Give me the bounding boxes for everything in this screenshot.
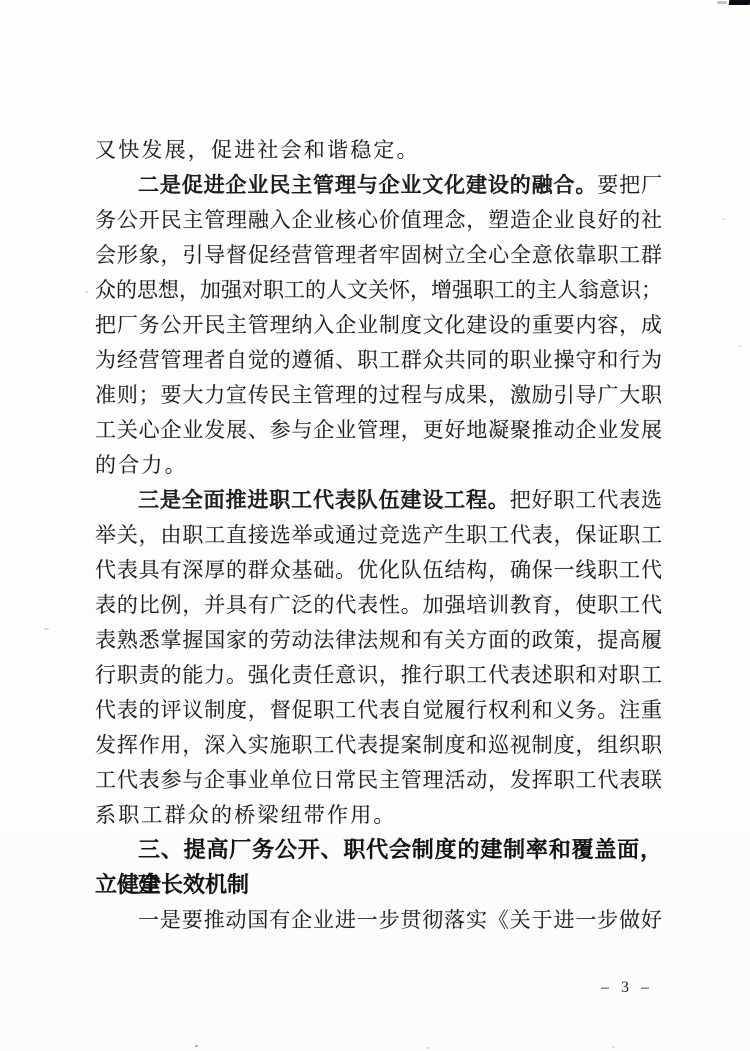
text-line: 的合力。	[95, 448, 662, 483]
text-line: 准则；要大力宣传民主管理的过程与成果，激励引导广大职	[95, 378, 662, 413]
scan-speck	[44, 628, 49, 630]
section-heading-line: 立健全长效机制	[95, 868, 662, 903]
line-text: 表熟悉掌握国家的劳动法律法规和有关方面的政策，提高履	[95, 628, 662, 652]
line-text: 会形象，引导督促经营管理者牢固树立全心全意依靠职工群	[95, 243, 662, 267]
text-line: 为经营管理者自觉的遵循、职工群众共同的职业操守和行为	[95, 343, 662, 378]
text-line: 会形象，引导督促经营管理者牢固树立全心全意依靠职工群	[95, 238, 662, 273]
scan-speck	[612, 1046, 615, 1048]
text-line: 工代表参与企事业单位日常民主管理活动，发挥职工代表联	[95, 763, 662, 798]
text-line: 把厂务公开民主管理纳入企业制度文化建设的重要内容，成	[95, 308, 662, 343]
scan-corner-smudge	[717, 1, 727, 4]
line-text: 工代表参与企事业单位日常民主管理活动，发挥职工代表联	[95, 768, 662, 792]
scan-speck	[85, 291, 88, 293]
section-heading-line: 三、提高厂务公开、职代会制度的建制率和覆盖面，建	[95, 833, 662, 868]
text-line: 众的思想，加强对职工的人文关怀，增强职工的主人翁意识；	[95, 273, 662, 308]
scan-speck	[96, 254, 99, 256]
document-body: 又快发展，促进社会和谐稳定。 二是促进企业民主管理与企业文化建设的融合。要把厂 …	[95, 133, 662, 938]
line-text: 把好职工代表选	[510, 488, 662, 512]
text-line: 发挥作用，深入实施职工代表提案制度和巡视制度，组织职	[95, 728, 662, 763]
line-text: 举关，由职工直接选举或通过竞选产生职工代表，保证职工	[95, 523, 662, 547]
line-text: 发挥作用，深入实施职工代表提案制度和巡视制度，组织职	[95, 733, 662, 757]
line-text: 工关心企业发展、参与企业管理，更好地凝聚推动企业发展	[95, 418, 662, 442]
line-text: 代表的评议制度，督促职工代表自觉履行权利和义务。注重	[95, 698, 662, 722]
scan-speck	[195, 1045, 198, 1047]
line-text: 立健全长效机制	[95, 873, 249, 898]
line-text: 一是要推动国有企业进一步贯彻落实《关于进一步做好	[138, 908, 662, 932]
page-number: – 3 –	[601, 979, 653, 997]
text-line: 又快发展，促进社会和谐稳定。	[95, 133, 662, 168]
document-page: 又快发展，促进社会和谐稳定。 二是促进企业民主管理与企业文化建设的融合。要把厂 …	[0, 0, 750, 1051]
text-line: 代表的评议制度，督促职工代表自觉履行权利和义务。注重	[95, 693, 662, 728]
text-line: 三是全面推进职工代表队伍建设工程。把好职工代表选	[95, 483, 662, 518]
scan-speck	[739, 345, 742, 347]
line-text: 系职工群众的桥梁纽带作用。	[95, 803, 397, 827]
text-line: 举关，由职工直接选举或通过竞选产生职工代表，保证职工	[95, 518, 662, 553]
text-line: 一是要推动国有企业进一步贯彻落实《关于进一步做好	[95, 903, 662, 938]
line-text: 把厂务公开民主管理纳入企业制度文化建设的重要内容，成	[95, 313, 662, 337]
text-line: 行职责的能力。强化责任意识，推行职工代表述职和对职工	[95, 658, 662, 693]
text-line: 代表具有深厚的群众基础。优化队伍结构，确保一线职工代	[95, 553, 662, 588]
line-text: 行职责的能力。强化责任意识，推行职工代表述职和对职工	[95, 663, 662, 687]
line-text: 表的比例，并具有广泛的代表性。加强培训教育，使职工代	[95, 593, 662, 617]
line-text: 的合力。	[95, 453, 188, 477]
line-text: 又快发展，促进社会和谐稳定。	[95, 138, 420, 162]
text-line: 表熟悉掌握国家的劳动法律法规和有关方面的政策，提高履	[95, 623, 662, 658]
line-text: 准则；要大力宣传民主管理的过程与成果，激励引导广大职	[95, 383, 662, 407]
line-text: 众的思想，加强对职工的人文关怀，增强职工的主人翁意识；	[95, 278, 662, 302]
bold-lead: 二是促进企业民主管理与企业文化建设的融合。	[138, 173, 597, 197]
scan-speck	[427, 1047, 430, 1049]
text-line: 务公开民主管理融入企业核心价值理念，塑造企业良好的社	[95, 203, 662, 238]
line-text: 代表具有深厚的群众基础。优化队伍结构，确保一线职工代	[95, 558, 662, 582]
scan-speck	[722, 218, 725, 220]
scan-corner-mark	[729, 0, 750, 5]
text-line: 系职工群众的桥梁纽带作用。	[95, 798, 662, 833]
line-text: 要把厂	[597, 173, 662, 197]
line-text: 为经营管理者自觉的遵循、职工群众共同的职业操守和行为	[95, 348, 662, 372]
bold-lead: 三是全面推进职工代表队伍建设工程。	[138, 488, 510, 512]
text-line: 二是促进企业民主管理与企业文化建设的融合。要把厂	[95, 168, 662, 203]
line-text: 务公开民主管理融入企业核心价值理念，塑造企业良好的社	[95, 208, 662, 232]
text-line: 表的比例，并具有广泛的代表性。加强培训教育，使职工代	[95, 588, 662, 623]
text-line: 工关心企业发展、参与企业管理，更好地凝聚推动企业发展	[95, 413, 662, 448]
